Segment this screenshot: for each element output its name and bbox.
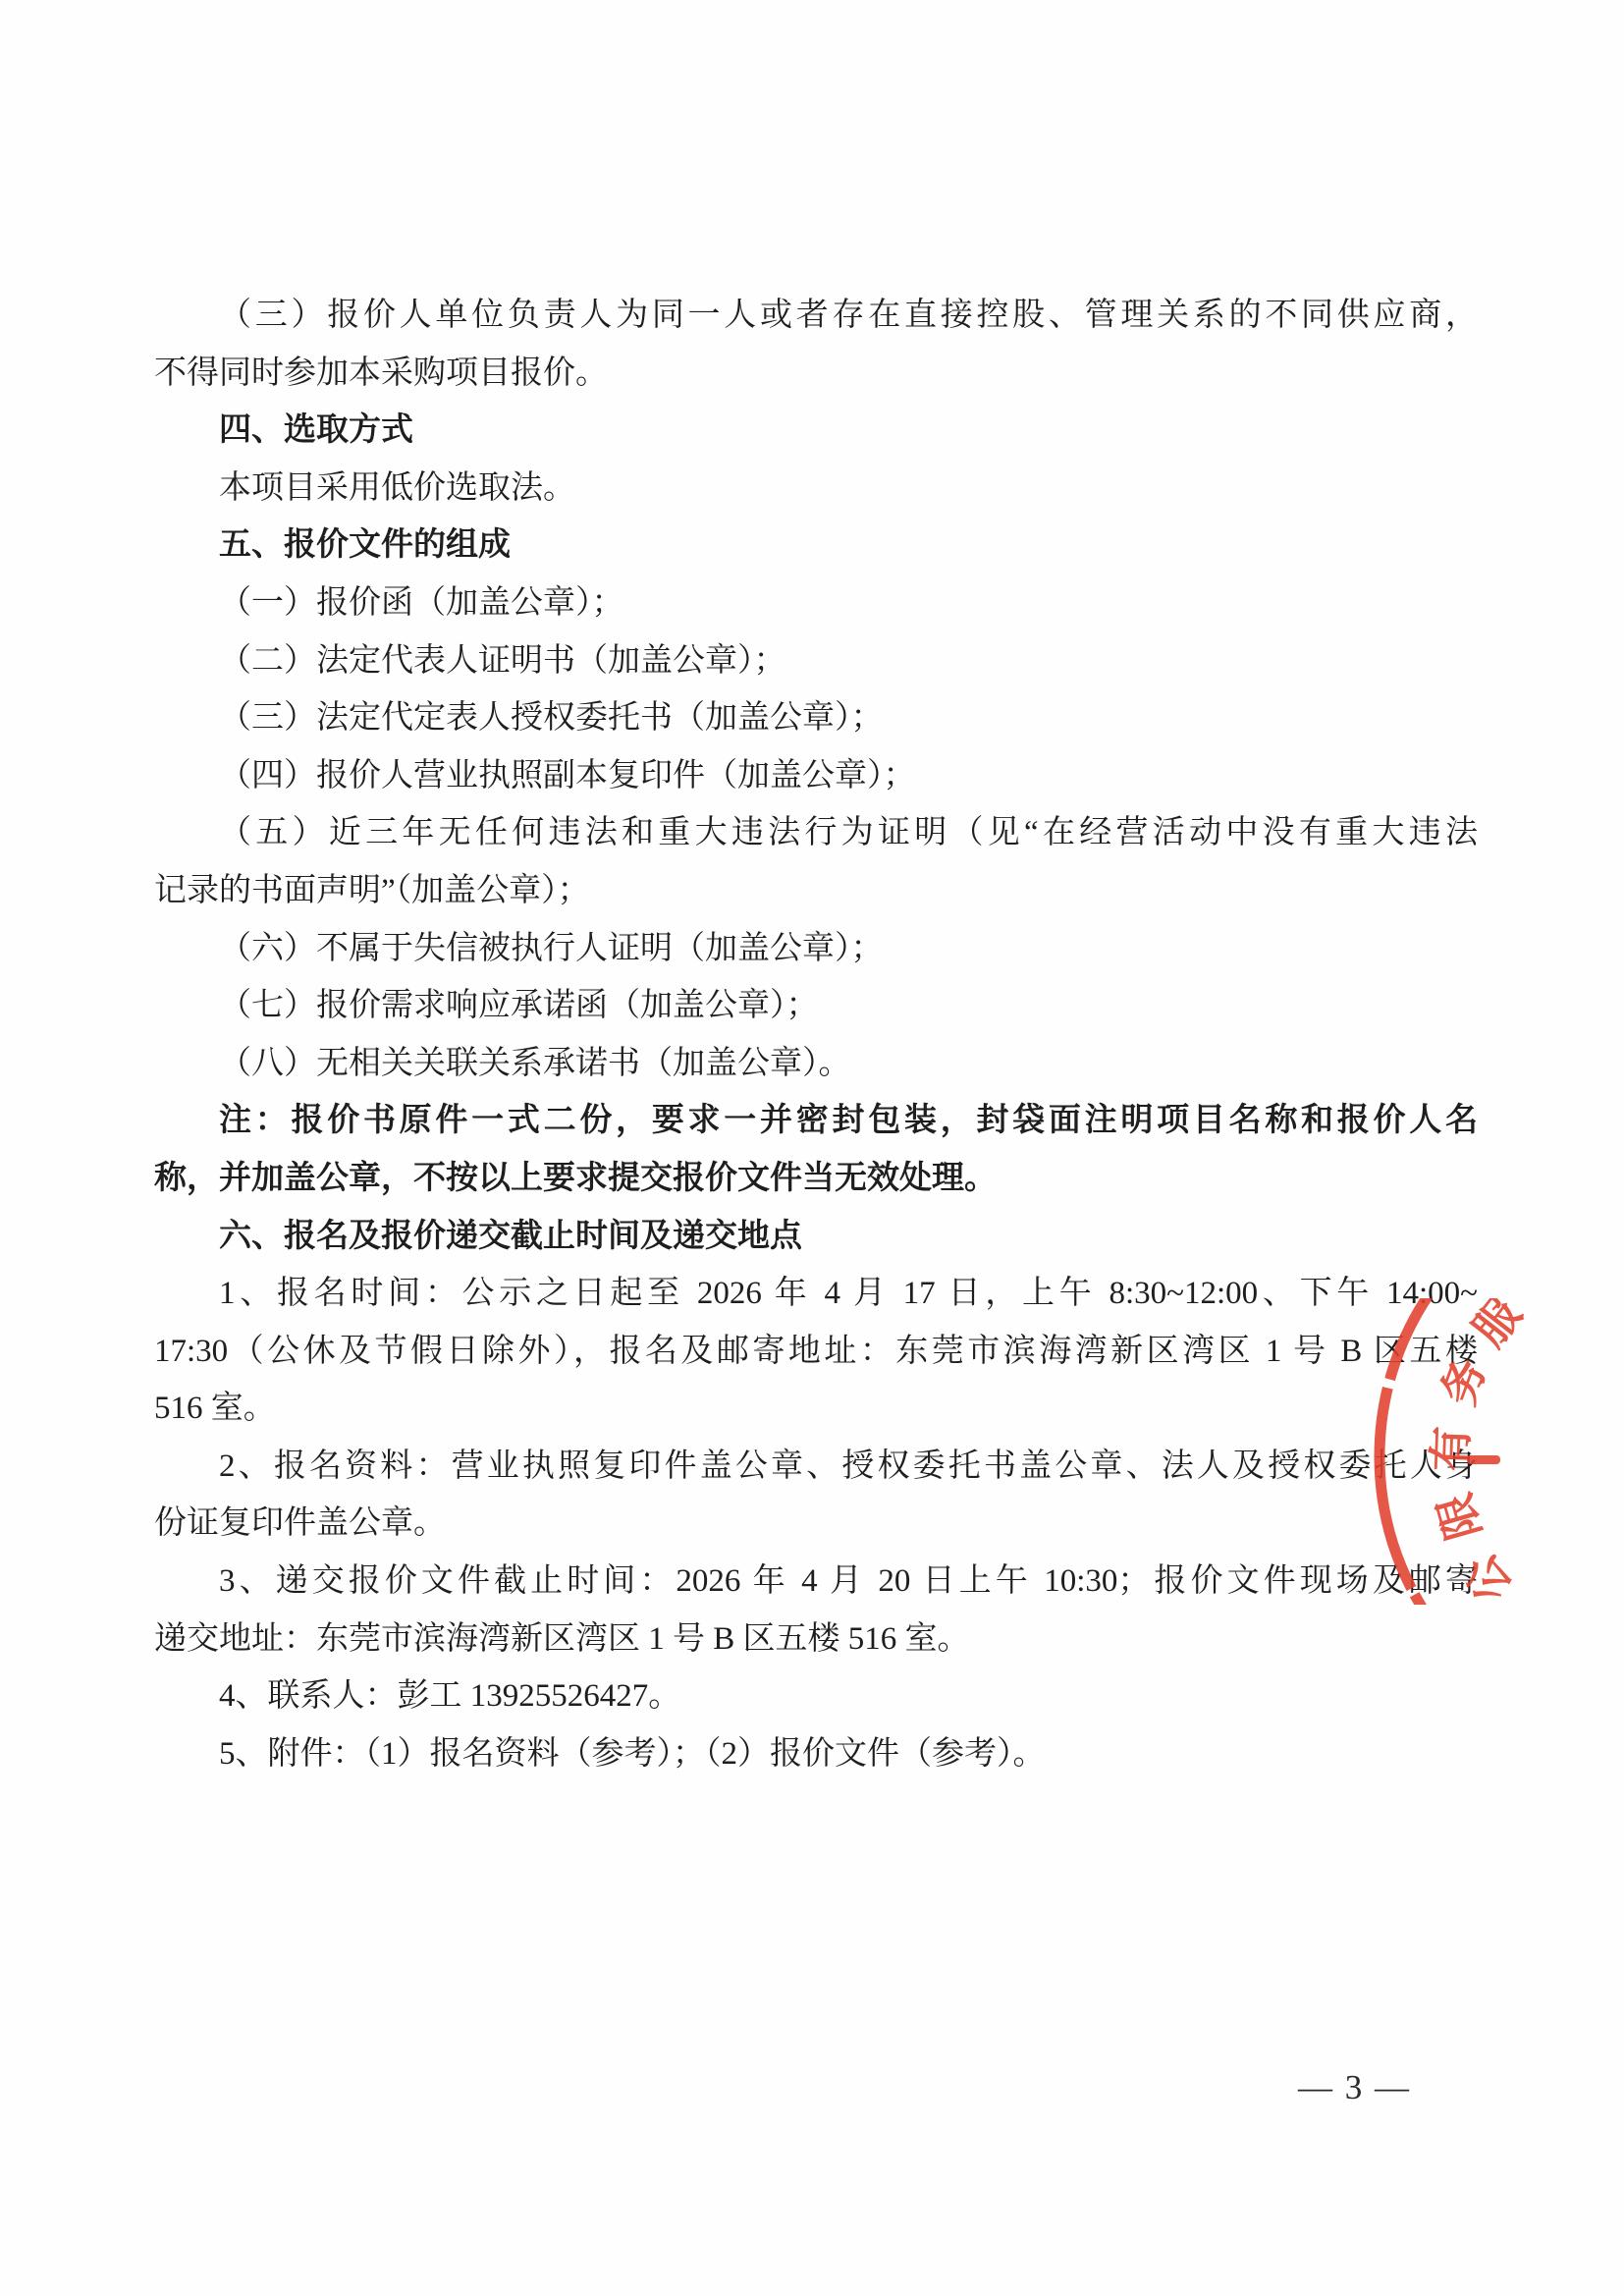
document-line: 四、选取方式 [154,402,1478,460]
document-line: （七）报价需求响应承诺函（加盖公章）； [154,977,1478,1035]
document-line: 六、报名及报价递交截止时间及递交地点 [154,1208,1478,1266]
document-line: 注：报价书原件一式二份，要求一并密封包装，封袋面注明项目名称和报价人名 [154,1092,1478,1150]
document-line: （六）不属于失信被执行人证明（加盖公章）； [154,920,1478,978]
document-line: （三）报价人单位负责人为同一人或者存在直接控股、管理关系的不同供应商， [154,287,1478,345]
document-line: 3、递交报价文件截止时间：2026 年 4 月 20 日上午 10:30；报价文… [154,1553,1478,1611]
document-line: 2、报名资料：营业执照复印件盖公章、授权委托书盖公章、法人及授权委托人身 [154,1438,1478,1496]
document-line: 4、联系人：彭工 13925526427。 [154,1667,1478,1725]
document-line: 516 室。 [154,1380,1478,1438]
document-line: （三）法定代定表人授权委托书（加盖公章）； [154,689,1478,747]
page-number: — 3 — [1298,2068,1411,2107]
document-line: 称，并加盖公章，不按以上要求提交报价文件当无效处理。 [154,1150,1478,1208]
document-line: 本项目采用低价选取法。 [154,460,1478,518]
document-line: 记录的书面声明”（加盖公章）； [154,862,1478,920]
document-line: 不得同时参加本采购项目报价。 [154,345,1478,403]
document-line: （一）报价函（加盖公章）； [154,574,1478,632]
document-line: 五、报价文件的组成 [154,517,1478,574]
document-line: （二）法定代表人证明书（加盖公章）； [154,632,1478,690]
document-line: 1、报名时间：公示之日起至 2026 年 4 月 17 日，上午 8:30~12… [154,1265,1478,1323]
document-line: 递交地址：东莞市滨海湾新区湾区 1 号 B 区五楼 516 室。 [154,1611,1478,1668]
document-line: 份证复印件盖公章。 [154,1495,1478,1553]
document-line: （八）无相关关联关系承诺书（加盖公章）。 [154,1035,1478,1093]
document-line: 17:30（公休及节假日除外），报名及邮寄地址：东莞市滨海湾新区湾区 1 号 B… [154,1323,1478,1381]
document-line: （五）近三年无任何违法和重大违法行为证明（见“在经营活动中没有重大违法 [154,804,1478,862]
document-line: 5、附件：（1）报名资料（参考）；（2）报价文件（参考）。 [154,1725,1478,1783]
document-body: （三）报价人单位负责人为同一人或者存在直接控股、管理关系的不同供应商，不得同时参… [154,287,1478,1782]
document-line: （四）报价人营业执照副本复印件（加盖公章）； [154,747,1478,805]
